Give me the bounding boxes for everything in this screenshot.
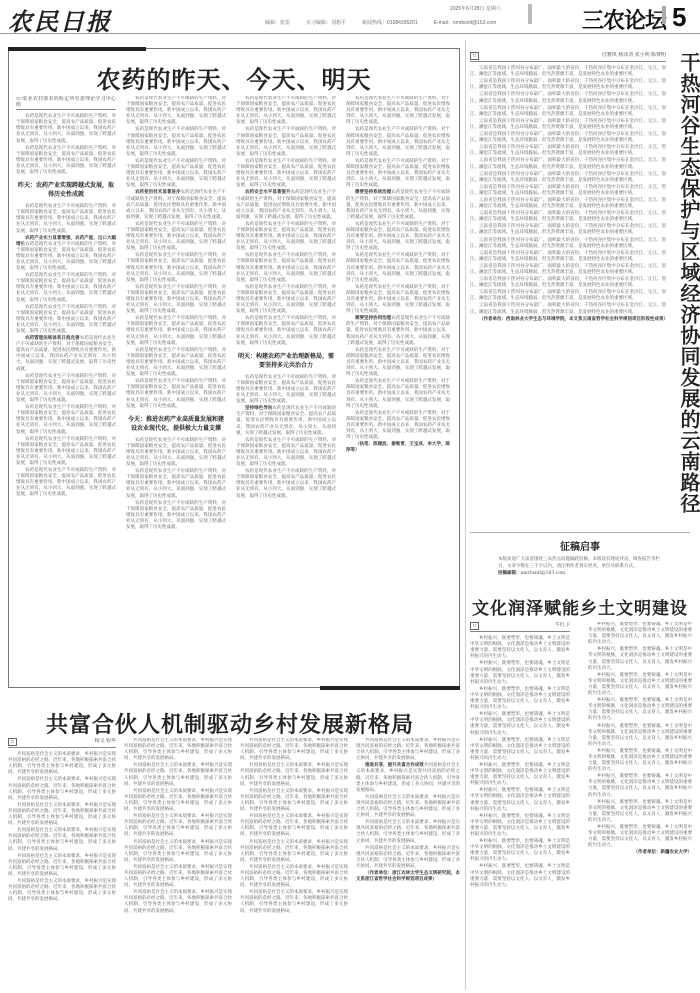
article-headline-common-prosperity: 共富合伙人机制驱动乡村发展新格局 <box>0 708 460 739</box>
editor: 编辑：张雷 <box>265 19 290 26</box>
editorial-info: 编辑：张雷 实习编辑：刘想平 新闻热线：01084395201 E-mail：n… <box>265 19 496 26</box>
article-column: 农药是现代农业生产不可或缺的生产资料，对于保障国家粮食安全、提高农产品质量、促进… <box>126 96 226 681</box>
divider-bar <box>528 4 532 24</box>
call-for-papers-notice: 征稿启事 本版欢迎广大读者围绕三农热点问题踊跃投稿。本版设有理论评论、调查报告等… <box>470 532 690 577</box>
article-headline-culture: 文化润泽赋能乡土文明建设 <box>460 594 700 619</box>
article-column: 乡村振兴，既要塑形，也要铸魂。乡土文明是中华文明的根脉，文化润泽是推动乡土文明建… <box>588 622 692 988</box>
divider-bar <box>662 6 666 24</box>
article-column: □付雅琪 杨泽清 张小明 陈赛明 云南省是我国干热河谷分布最广、面积最大的省份，… <box>470 52 666 522</box>
frame-accent-bar <box>320 686 460 690</box>
date-line: 2025年6月28日 星期六 <box>450 5 501 12</box>
masthead: 农民日报 2025年6月28日 星期六 编辑：张雷 实习编辑：刘想平 新闻热线：… <box>0 0 700 34</box>
section-title: 三农论坛 <box>582 4 666 35</box>
article-subhead: 昨天：农药产业实现跨越式发展，取得历史性成就 <box>16 182 116 200</box>
frame-accent-bar <box>8 47 146 51</box>
article-footnote: （作者单位：浙江农林大学生态文明研究院，本文系浙江省哲学社会科学规划项目成果） <box>356 871 460 883</box>
article-column: 共同富裕是社会主义的本质要求，乡村振兴是实现共同富裕的必经之路。近年来，各地积极… <box>124 738 232 988</box>
notice-title: 征稿启事 <box>470 538 690 553</box>
article-footnote: （作者单位：西南林业大学生态与环境学院，本文系云南省哲学社会科学规划项目阶段性成… <box>470 317 666 323</box>
news-hotline: 新闻热线：01084395201 <box>362 19 418 26</box>
newspaper-logo: 农民日报 <box>8 2 112 37</box>
article-source: □□农业农村部农药检定所党委理论学习中心组 <box>16 96 116 110</box>
article-headline-dry-hot-valley: 干热河谷生态保护与区域经济协同发展的云南路径 <box>674 52 700 514</box>
article-column: 农药是现代农业生产不可或缺的生产资料，对于保障国家粮食安全、提高农产品质量、促进… <box>236 96 336 681</box>
article-column: 共同富裕是社会主义的本质要求，乡村振兴是实现共同富裕的必经之路。近年来，各地积极… <box>356 738 460 988</box>
article-column: □□农业农村部农药检定所党委理论学习中心组 农药是现代农业生产不可或缺的生产资料… <box>16 96 116 681</box>
notice-email: nmrbsnlt@163.com <box>521 571 566 576</box>
article-byline: □付雅琪 杨泽清 张小明 陈赛明 <box>470 52 666 62</box>
article-sign-off: （执笔：陈建波、谢维青、王宝成、李大学、陈萍等） <box>346 442 450 454</box>
intern-editor: 实习编辑：刘想平 <box>306 19 346 26</box>
article-subhead: 今天：推进农药产业高质量发展和建设农业现代化，提供极大力量支撑 <box>126 416 226 434</box>
article-byline: □杨文 程华 <box>8 738 116 748</box>
article-column: 共同富裕是社会主义的本质要求，乡村振兴是实现共同富裕的必经之路。近年来，各地积极… <box>240 738 348 988</box>
article-subhead: 明天：构建农药产业治理新格局，需要坚持多元共治合力 <box>236 353 336 371</box>
article-column: □杨文 程华 共同富裕是社会主义的本质要求，乡村振兴是实现共同富裕的必经之路。近… <box>8 738 116 988</box>
article-column: □牛红卫 乡村振兴，既要塑形，也要铸魂。乡土文明是中华文明的根脉，文化润泽是推动… <box>470 622 570 988</box>
page-number: 5 <box>672 2 686 33</box>
article-byline: □牛红卫 <box>470 622 570 632</box>
email: E-mail：nmrbsnlt@163.com <box>434 19 497 26</box>
column-divider <box>465 40 466 990</box>
article-footnote: （作者单位：新疆农业大学） <box>588 850 692 856</box>
article-column: 农药是现代农业生产不可或缺的生产资料，对于保障国家粮食安全、提高农产品质量、促进… <box>346 96 450 681</box>
notice-body: 本版欢迎广大读者围绕三农热点问题踊跃投稿。本版设有理论评论、调查报告等栏目，文章… <box>470 556 690 577</box>
article-headline-pesticides: 农药的昨天、今天、明天 <box>8 60 460 95</box>
